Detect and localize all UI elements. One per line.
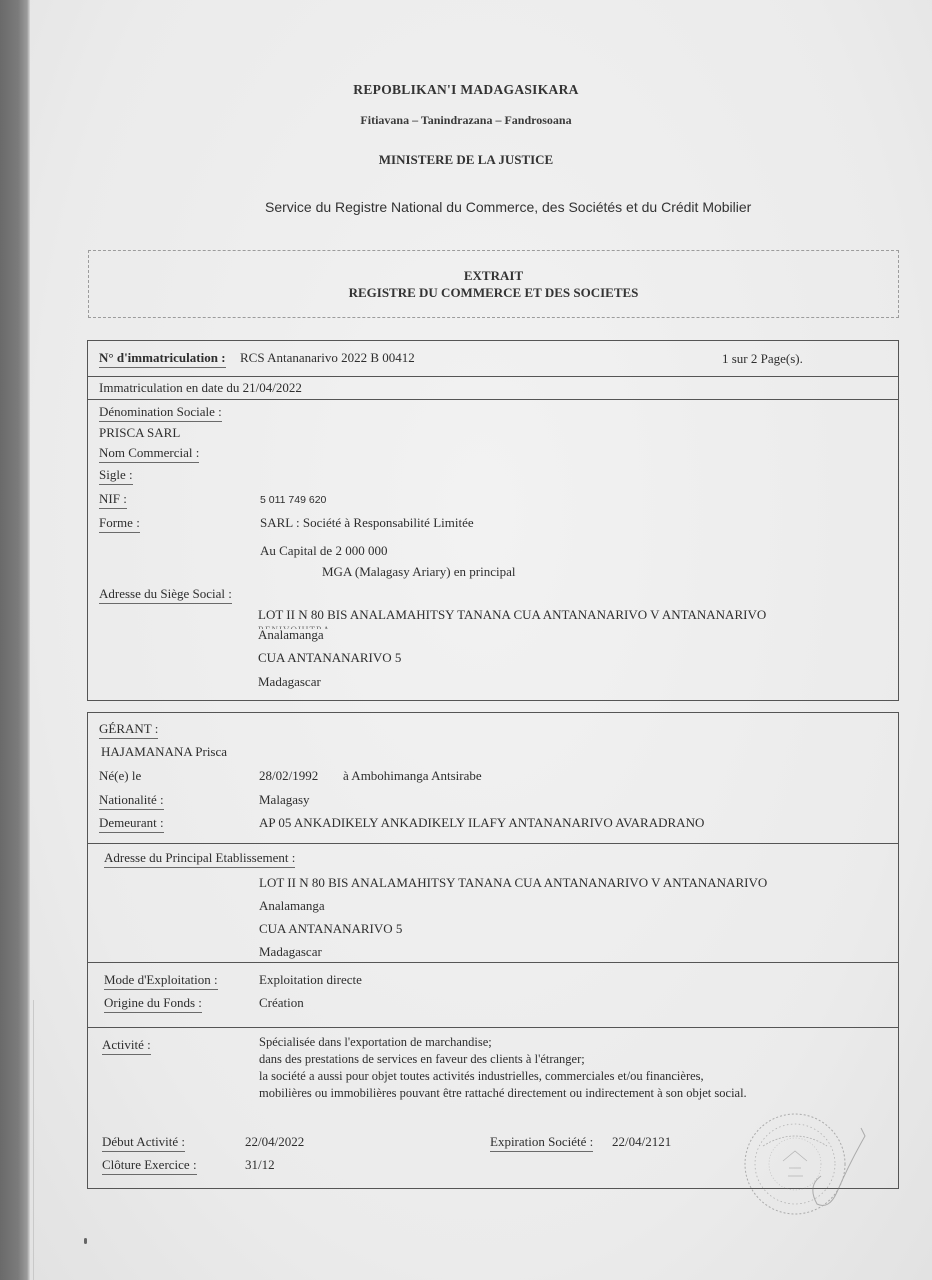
born-label: Né(e) le [99,768,141,784]
company-section: N° d'immatriculation : RCS Antananarivo … [87,340,899,701]
capital-amount: Au Capital de 2 000 000 [260,543,387,559]
activity-line-1: Spécialisée dans l'exportation de marcha… [259,1035,492,1050]
service-heading: Service du Registre National du Commerce… [265,199,751,215]
nif-label: NIF : [99,491,127,509]
establishment-address-line-3: CUA ANTANANARIVO 5 [259,921,402,937]
born-place: à Ambohimanga Antsirabe [343,768,482,784]
nationality-label: Nationalité : [99,792,164,810]
expiration-value: 22/04/2121 [612,1134,671,1150]
establishment-row: Adresse du Principal Etablissement : LOT… [88,844,898,963]
forme-value: SARL : Société à Responsabilité Limitée [260,515,474,531]
nom-commercial-label: Nom Commercial : [99,445,199,463]
sigle-label: Sigle : [99,467,133,485]
origin-label: Origine du Fonds : [104,995,202,1013]
registration-date: Immatriculation en date du 21/04/2022 [99,380,302,396]
republic-heading: REPOBLIKAN'I MADAGASIKARA [0,82,932,98]
establishment-address-line-1: LOT II N 80 BIS ANALAMAHITSY TANANA CUA … [259,875,767,891]
nif-value: 5 011 749 620 [260,494,326,506]
page-info: 1 sur 2 Page(s). [722,351,803,367]
activity-line-2: dans des prestations de services en fave… [259,1052,585,1067]
title-extrait: EXTRAIT [89,268,898,284]
official-seal-stamp [733,1106,873,1216]
born-date: 28/02/1992 [259,768,318,784]
ministry-heading: MINISTERE DE LA JUSTICE [0,152,932,168]
siege-address-line-5: Madagascar [258,674,321,690]
denomination-value: PRISCA SARL [99,425,180,441]
title-registre: REGISTRE DU COMMERCE ET DES SOCIETES [89,285,898,301]
establishment-address-line-4: Madagascar [259,944,322,960]
closing-value: 31/12 [245,1157,275,1173]
company-details-row: Dénomination Sociale : PRISCA SARL Nom C… [88,400,898,699]
manager-label: GÉRANT : [99,721,158,739]
forme-label: Forme : [99,515,140,533]
manager-name: HAJAMANANA Prisca [101,744,227,760]
denomination-label: Dénomination Sociale : [99,404,222,422]
capital-currency: MGA (Malagasy Ariary) en principal [322,564,516,580]
start-label: Début Activité : [102,1134,185,1152]
siege-address-line-3: Analamanga [258,627,324,643]
registration-date-row: Immatriculation en date du 21/04/2022 [88,377,898,400]
establishment-address-line-2: Analamanga [259,898,325,914]
scan-left-edge [0,0,30,1280]
document-title-box: EXTRAIT REGISTRE DU COMMERCE ET DES SOCI… [88,250,899,318]
exploitation-row: Mode d'Exploitation : Exploitation direc… [88,963,898,1028]
manager-row: GÉRANT : HAJAMANANA Prisca Né(e) le 28/0… [88,713,898,844]
expiration-label: Expiration Société : [490,1134,593,1152]
siege-address-line-4: CUA ANTANANARIVO 5 [258,650,401,666]
mode-value: Exploitation directe [259,972,362,988]
residence-value: AP 05 ANKADIKELY ANKADIKELY ILAFY ANTANA… [259,815,704,831]
activity-label: Activité : [102,1037,151,1055]
registration-number-label: N° d'immatriculation : [99,350,226,368]
origin-value: Création [259,995,304,1011]
establishment-label: Adresse du Principal Etablissement : [104,850,295,868]
registration-number-value: RCS Antananarivo 2022 B 00412 [240,350,415,366]
activity-line-4: mobilières ou immobilières pouvant être … [259,1086,747,1101]
siege-address-line-1: LOT II N 80 BIS ANALAMAHITSY TANANA CUA … [258,607,766,623]
activity-line-3: la société a aussi pour objet toutes act… [259,1069,704,1084]
registration-number-row: N° d'immatriculation : RCS Antananarivo … [88,341,898,377]
national-motto: Fitiavana – Tanindrazana – Fandrosoana [0,113,932,128]
nationality-value: Malagasy [259,792,310,808]
mode-label: Mode d'Exploitation : [104,972,218,990]
scan-speck [84,1238,87,1244]
siege-label: Adresse du Siège Social : [99,586,232,604]
start-value: 22/04/2022 [245,1134,304,1150]
closing-label: Clôture Exercice : [102,1157,197,1175]
residence-label: Demeurant : [99,815,164,833]
paper-fold-line [33,1000,34,1280]
